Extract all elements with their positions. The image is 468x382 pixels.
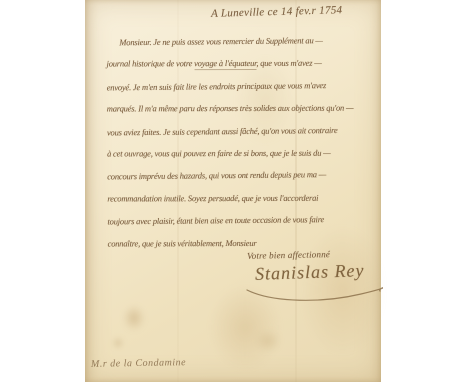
letter-line-text: journal historique de votre xyxy=(107,59,195,69)
signature: Stanislas Rey xyxy=(255,260,365,285)
paper-stain xyxy=(123,305,145,331)
dateline: A Luneville ce 14 fev.r 1754 xyxy=(211,4,343,20)
letter-paper: A Luneville ce 14 fev.r 1754 Monsieur. J… xyxy=(85,0,381,382)
letter-line: à cet ouvrage, vous qui pouvez en faire … xyxy=(107,142,375,165)
letter-line: connaître, que je suis véritablement, Mo… xyxy=(108,231,376,254)
letter-line: marqués. Il m'a même paru des réponses t… xyxy=(107,97,375,120)
letter-body: Monsieur. Je ne puis assez vous remercie… xyxy=(106,29,375,255)
docket-annotation: M.r de la Condamine xyxy=(91,357,186,370)
letter-line: toujours avec plaisir, étant bien aise e… xyxy=(107,208,375,233)
letter-line: Monsieur. Je ne puis assez vous remercie… xyxy=(106,29,374,54)
underlined-phrase: voyage à l'équateur xyxy=(194,58,256,70)
letter-line: envoyé. Je m'en suis fait lire les endro… xyxy=(107,73,375,98)
scanned-letter-photo: A Luneville ce 14 fev.r 1754 Monsieur. J… xyxy=(0,0,468,382)
letter-line: journal historique de votre voyage à l'é… xyxy=(106,52,374,75)
letter-line: concours imprévu des hazards, qui vous o… xyxy=(107,163,375,188)
paper-stain xyxy=(113,338,123,348)
letter-line: vous aviez faites. Je suis cependant aus… xyxy=(107,118,375,143)
closing-salutation: Votre bien affectionné xyxy=(247,249,330,261)
letter-line: recommandation inutile. Soyez persuadé, … xyxy=(107,186,375,209)
signature-flourish xyxy=(243,283,383,305)
paper-stain xyxy=(255,330,281,352)
letter-line-text: , que vous m'avez — xyxy=(256,58,321,68)
